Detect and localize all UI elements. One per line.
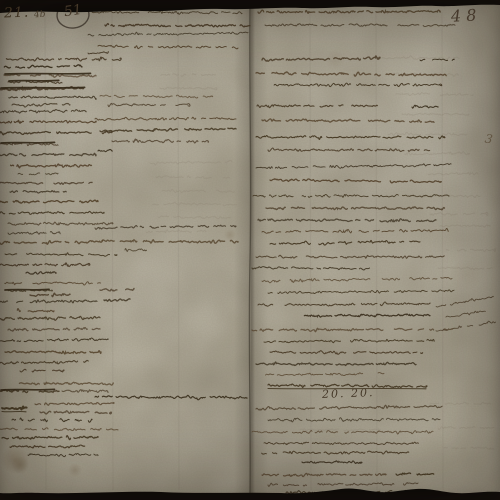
handwriting-layer <box>0 0 500 500</box>
handwriting-stroke <box>1 389 55 390</box>
right-margin-mark: 3 <box>484 131 494 146</box>
handwriting-stroke <box>9 80 59 81</box>
right-folio-number: 48 <box>451 5 482 26</box>
handwriting-stroke <box>1 87 85 88</box>
left-folio-annotation: 4b <box>34 10 46 21</box>
section-heading: 20. 20. <box>322 386 375 401</box>
handwriting-stroke <box>5 73 90 74</box>
handwriting-stroke <box>5 289 49 290</box>
left-folio-number: 21. <box>4 5 30 22</box>
gutter-shadow <box>234 4 268 496</box>
left-circled-number: 51 <box>63 2 83 20</box>
handwriting-stroke <box>1 142 55 143</box>
manuscript-photo: 21. 4b 51 48 20. 20. 3 <box>0 0 500 500</box>
